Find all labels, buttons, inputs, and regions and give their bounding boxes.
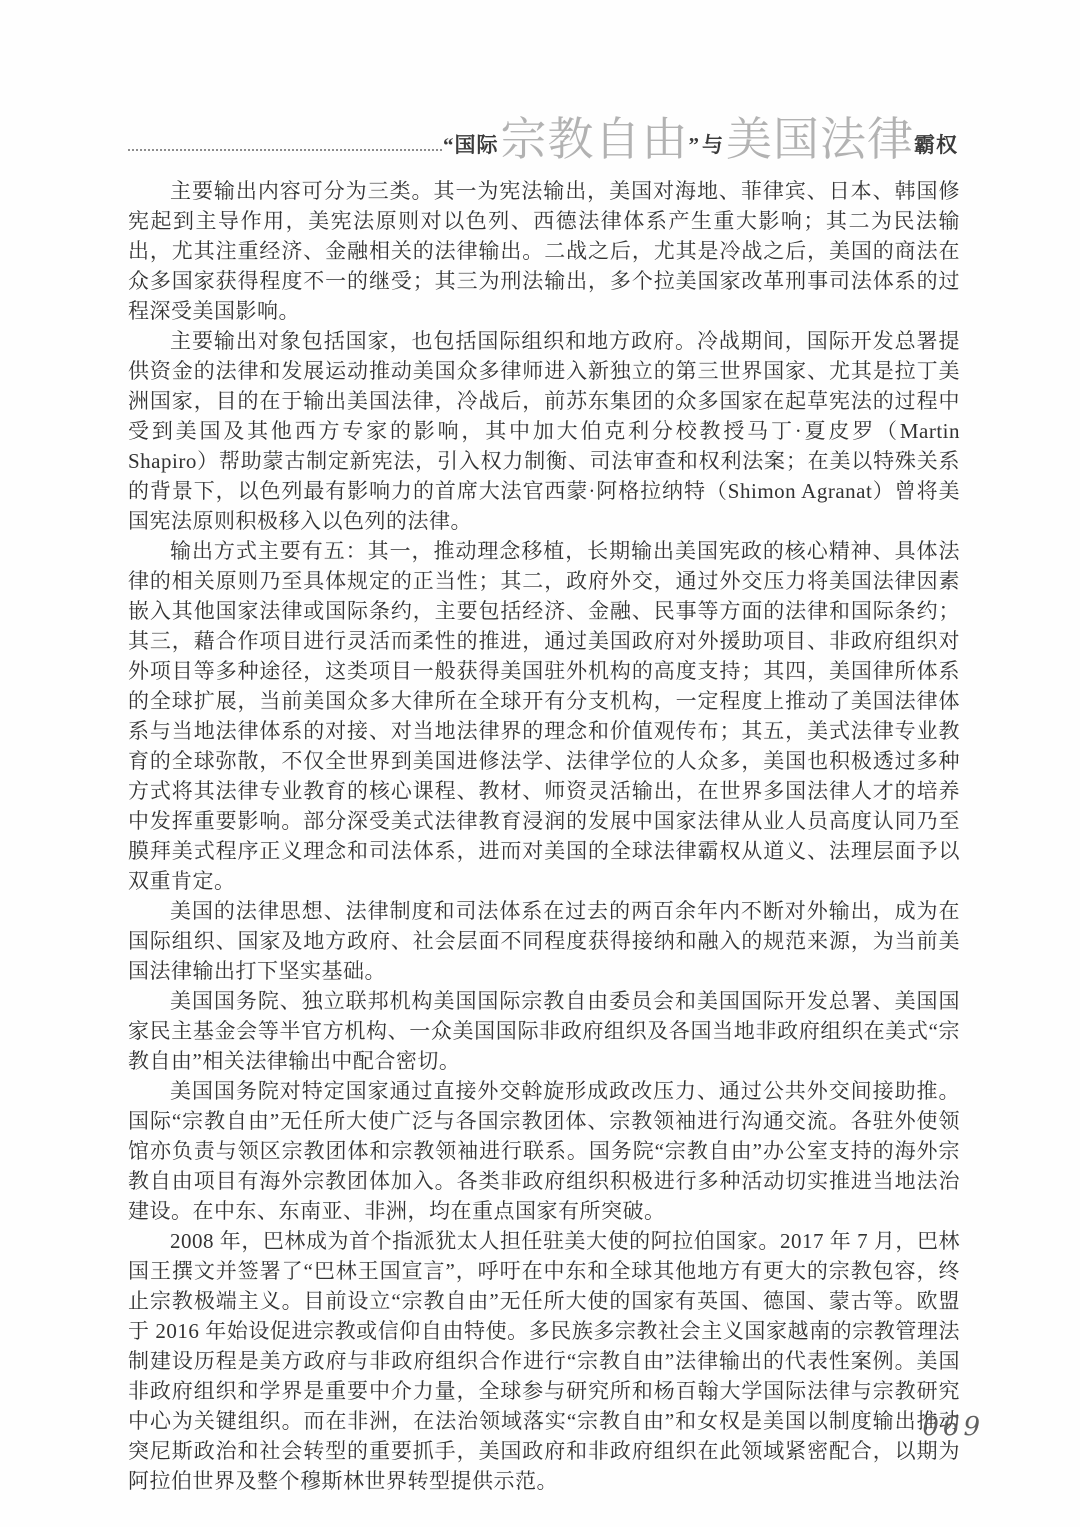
- header-segment-small-2: 与: [702, 135, 726, 162]
- paragraph-1: 主要输出内容可分为三类。其一为宪法输出，美国对海地、菲律宾、日本、韩国修宪起到主…: [128, 176, 960, 326]
- paragraph-6: 美国国务院对特定国家通过直接外交斡旋形成政改压力、通过公共外交间接助推。国际“宗…: [128, 1076, 960, 1226]
- header-segment-small-1: “国际: [443, 135, 501, 162]
- paragraph-4: 美国的法律思想、法律制度和司法体系在过去的两百余年内不断对外输出，成为在国际组织…: [128, 896, 960, 986]
- text-block: “国际 宗教自由 ” 与 美国法律 霸权 主要输出内容可分为三类。其一为宪法输出…: [128, 104, 960, 1496]
- paragraph-3: 输出方式主要有五：其一，推动理念移植，长期输出美国宪政的核心精神、具体法律的相关…: [128, 536, 960, 896]
- running-header: “国际 宗教自由 ” 与 美国法律 霸权: [128, 104, 960, 162]
- header-segment-large-1: 宗教自由: [501, 118, 689, 162]
- paragraph-2: 主要输出对象包括国家，也包括国际组织和地方政府。冷战期间，国际开发总署提供资金的…: [128, 326, 960, 536]
- paragraph-5: 美国国务院、独立联邦机构美国国际宗教自由委员会和美国国际开发总署、美国国家民主基…: [128, 986, 960, 1076]
- header-close-quote: ”: [689, 135, 703, 162]
- page-number: 069: [922, 1412, 984, 1442]
- dotted-leader: [128, 149, 442, 151]
- header-segment-large-2: 美国法律: [726, 118, 914, 162]
- body-text: 主要输出内容可分为三类。其一为宪法输出，美国对海地、菲律宾、日本、韩国修宪起到主…: [128, 176, 960, 1496]
- paragraph-7: 2008 年，巴林成为首个指派犹太人担任驻美大使的阿拉伯国家。2017 年 7 …: [128, 1226, 960, 1496]
- header-segment-small-3: 霸权: [914, 135, 960, 162]
- book-page: “国际 宗教自由 ” 与 美国法律 霸权 主要输出内容可分为三类。其一为宪法输出…: [0, 0, 1080, 1527]
